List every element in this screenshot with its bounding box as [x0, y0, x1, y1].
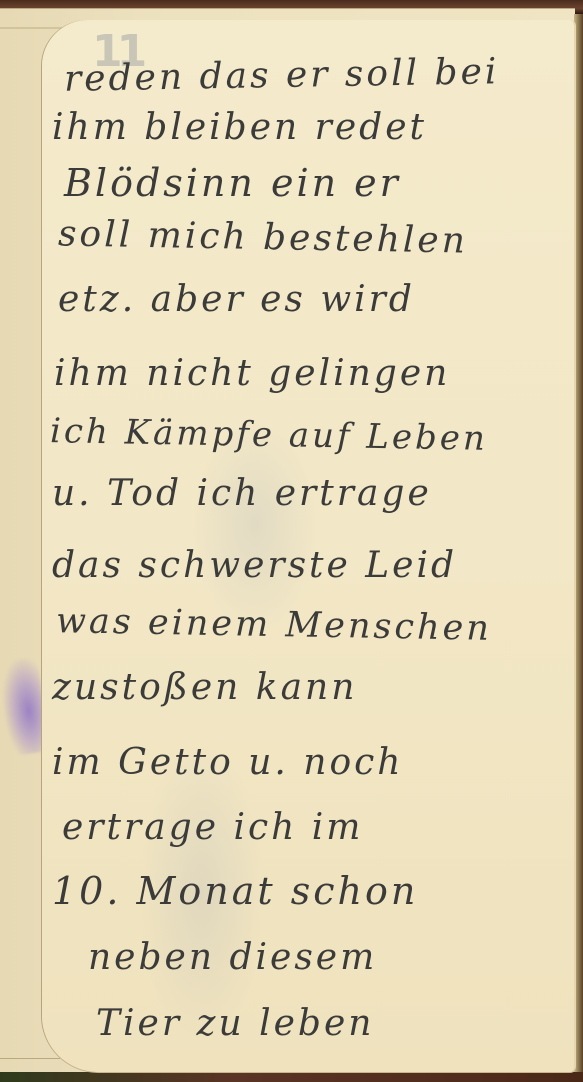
handwritten-line: Tier zu leben [96, 1006, 374, 1042]
book-cover-bottom-edge [0, 1072, 583, 1082]
handwritten-line: 10. Monat schon [52, 872, 418, 910]
handwritten-line: reden das er soll bei [64, 54, 500, 98]
handwritten-text-block: reden das er soll bei ihm bleiben redet … [42, 20, 574, 1072]
handwritten-line: neben diesem [88, 940, 377, 976]
handwritten-line: was einem Menschen [56, 604, 492, 647]
handwritten-line: im Getto u. noch [52, 745, 404, 781]
diary-page: 11 reden das er soll bei ihm bleiben red… [42, 20, 576, 1072]
handwritten-line: soll mich bestehlen [58, 216, 468, 259]
handwritten-line: ihm bleiben redet [52, 110, 427, 146]
handwritten-line: zustoßen kann [52, 670, 357, 706]
handwritten-line: ihm nicht gelingen [54, 356, 450, 392]
handwritten-line: ertrage ich im [62, 810, 363, 846]
handwritten-line: etz. aber es wird [58, 282, 415, 318]
handwritten-line: u. Tod ich ertrage [52, 476, 432, 512]
handwritten-line: Blödsinn ein er [64, 164, 401, 202]
handwritten-line: das schwerste Leid [52, 548, 457, 584]
handwritten-line: ich Kämpfe auf Leben [50, 414, 488, 456]
